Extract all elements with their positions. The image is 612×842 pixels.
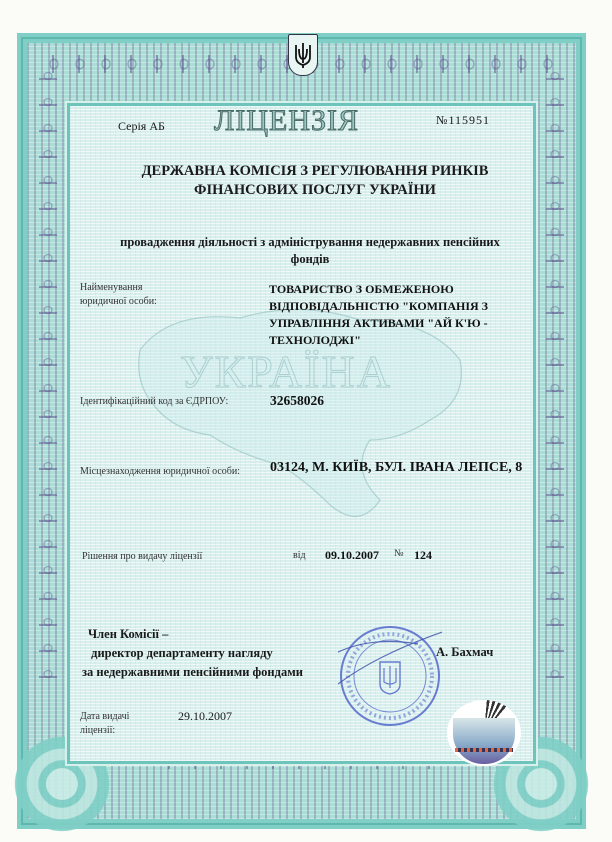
signatory-name: А. Бахмач xyxy=(436,645,493,660)
entity-name-label-line-2: юридичної особи: xyxy=(80,295,157,309)
decision-number-sign: № xyxy=(394,548,404,559)
entity-name-line-2: ВІДПОВІДАЛЬНІСТЮ "КОМПАНІЯ З xyxy=(269,298,539,315)
issue-date-label-line-1: Дата видачі xyxy=(80,710,129,724)
decision-number: 124 xyxy=(414,548,432,563)
official-seal-icon xyxy=(338,624,442,728)
series-label: Серія АБ xyxy=(118,119,165,134)
license-number: №115951 xyxy=(436,113,490,128)
signatory-line-2: директор департаменту нагляду xyxy=(88,644,303,663)
issuer-line-1: ДЕРЖАВНА КОМІСІЯ З РЕГУЛЮВАННЯ РИНКІВ xyxy=(90,162,540,181)
issuing-authority: ДЕРЖАВНА КОМІСІЯ З РЕГУЛЮВАННЯ РИНКІВ ФІ… xyxy=(90,162,540,200)
decision-label: Рішення про видачу ліцензії xyxy=(82,550,202,564)
edrpou-code-value: 32658026 xyxy=(270,393,324,409)
issue-date-label-line-2: ліцензії: xyxy=(80,724,129,738)
licensed-activity: провадження діяльності з адміністрування… xyxy=(80,234,540,268)
signatory-position: Член Комісії – директор департаменту наг… xyxy=(88,625,303,682)
issue-date-value: 29.10.2007 xyxy=(178,709,232,724)
trident-coat-of-arms-icon xyxy=(288,34,318,76)
address-value: 03124, М. КИЇВ, БУЛ. ІВАНА ЛЕПСЕ, 8 xyxy=(270,460,522,476)
border-chain-right xyxy=(546,63,564,689)
edrpou-code-label: Ідентифікаційний код за ЄДРПОУ: xyxy=(80,395,228,409)
entity-name-label-line-1: Найменування xyxy=(80,281,157,295)
entity-name-line-3: УПРАВЛІННЯ АКТИВАМИ "АЙ К'Ю - xyxy=(269,315,539,332)
issue-date-label: Дата видачі ліцензії: xyxy=(80,710,129,738)
signatory-line-1: Член Комісії – xyxy=(88,625,303,644)
issuer-line-2: ФІНАНСОВИХ ПОСЛУГ УКРАЇНИ xyxy=(90,181,540,200)
entity-name-value: ТОВАРИСТВО З ОБМЕЖЕНОЮ ВІДПОВІДАЛЬНІСТЮ … xyxy=(269,281,539,349)
document-title: ЛІЦЕНЗІЯ xyxy=(214,104,359,138)
watermark-text: УКРАЇНА xyxy=(180,345,392,398)
hologram-bar xyxy=(455,748,513,752)
entity-name-line-1: ТОВАРИСТВО З ОБМЕЖЕНОЮ xyxy=(269,281,539,298)
decision-date: 09.10.2007 xyxy=(325,548,379,563)
border-chain-left xyxy=(39,63,57,689)
entity-name-line-4: ТЕХНОЛОДЖІ" xyxy=(269,332,539,349)
security-hologram-icon xyxy=(447,700,521,766)
activity-line-1: провадження діяльності з адміністрування… xyxy=(80,234,540,251)
hologram-inner xyxy=(453,718,515,764)
address-label: Місцезнаходження юридичної особи: xyxy=(80,465,240,479)
decision-from-label: від xyxy=(293,550,306,561)
signatory-line-3: за недержавними пенсійними фондами xyxy=(82,663,303,682)
activity-line-2: фондів xyxy=(80,251,540,268)
entity-name-label: Найменування юридичної особи: xyxy=(80,281,157,309)
